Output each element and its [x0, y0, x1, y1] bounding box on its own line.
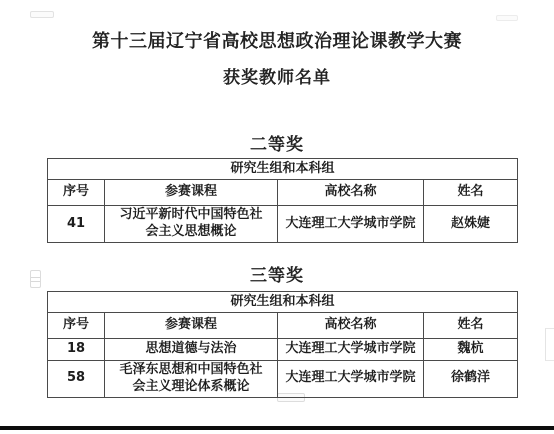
window-bottom-border	[0, 426, 554, 430]
cell-no: 41	[48, 206, 105, 243]
column-header-no: 序号	[48, 313, 105, 339]
cell-school: 大连理工大学城市学院	[278, 206, 424, 243]
table-row: 58 毛泽东思想和中国特色社会主义理论体系概论 大连理工大学城市学院 徐鹤洋	[48, 361, 518, 398]
column-header-name: 姓名	[424, 313, 518, 339]
column-header-course: 参赛课程	[105, 313, 278, 339]
selection-dash-artifact-top-right	[496, 15, 518, 21]
selection-dash-artifact-top-left	[30, 11, 54, 18]
cell-school: 大连理工大学城市学院	[278, 339, 424, 361]
table-group-header: 研究生组和本科组	[48, 292, 518, 313]
cell-course: 毛泽东思想和中国特色社会主义理论体系概论	[105, 361, 278, 398]
table-row: 18 思想道德与法治 大连理工大学城市学院 魏杭	[48, 339, 518, 361]
cell-course: 思想道德与法治	[105, 339, 278, 361]
cell-name: 徐鹤洋	[424, 361, 518, 398]
section-heading-third-prize: 三等奖	[0, 261, 554, 286]
column-header-school: 高校名称	[278, 313, 424, 339]
document-subtitle: 获奖教师名单	[0, 63, 554, 88]
bracket-artifact-right	[545, 328, 554, 361]
column-header-course: 参赛课程	[105, 180, 278, 206]
cell-school: 大连理工大学城市学院	[278, 361, 424, 398]
column-header-name: 姓名	[424, 180, 518, 206]
table-group-header: 研究生组和本科组	[48, 159, 518, 180]
column-header-no: 序号	[48, 180, 105, 206]
cell-no: 58	[48, 361, 105, 398]
column-header-school: 高校名称	[278, 180, 424, 206]
cell-name: 赵姝婕	[424, 206, 518, 243]
section-heading-second-prize: 二等奖	[0, 130, 554, 155]
second-prize-table: 研究生组和本科组 序号 参赛课程 高校名称 姓名 41 习近平新时代中国特色社会…	[47, 158, 518, 243]
third-prize-table: 研究生组和本科组 序号 参赛课程 高校名称 姓名 18 思想道德与法治 大连理工…	[47, 291, 518, 398]
document-title: 第十三届辽宁省高校思想政治理论课教学大赛	[0, 27, 554, 53]
cell-no: 18	[48, 339, 105, 361]
cell-course: 习近平新时代中国特色社会主义思想概论	[105, 206, 278, 243]
table-row: 41 习近平新时代中国特色社会主义思想概论 大连理工大学城市学院 赵姝婕	[48, 206, 518, 243]
cell-name: 魏杭	[424, 339, 518, 361]
